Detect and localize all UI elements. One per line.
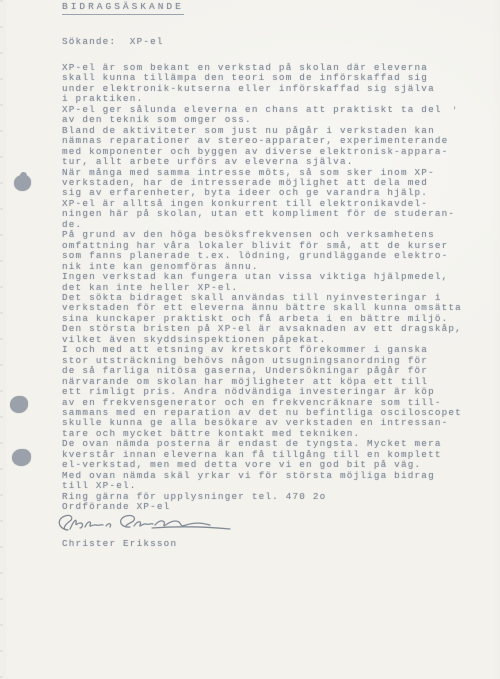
signature-typed-name: Christer Eriksson (62, 538, 177, 549)
hole-punch-icon (14, 175, 31, 191)
hole-punch-icon (10, 396, 28, 413)
applicant-line: Sökande: XP-el (62, 36, 164, 47)
document-page: { "page": { "paper_color": "#f3f2ed", "i… (0, 0, 500, 679)
stray-ink-mark: ' (452, 106, 457, 116)
document-body: XP-el är som bekant en verkstad på skola… (62, 63, 462, 512)
document-title: BIDRAGSÄSKANDE (62, 1, 184, 15)
hole-punch-icon (12, 449, 31, 466)
scan-edge-artifact (0, 0, 3, 679)
